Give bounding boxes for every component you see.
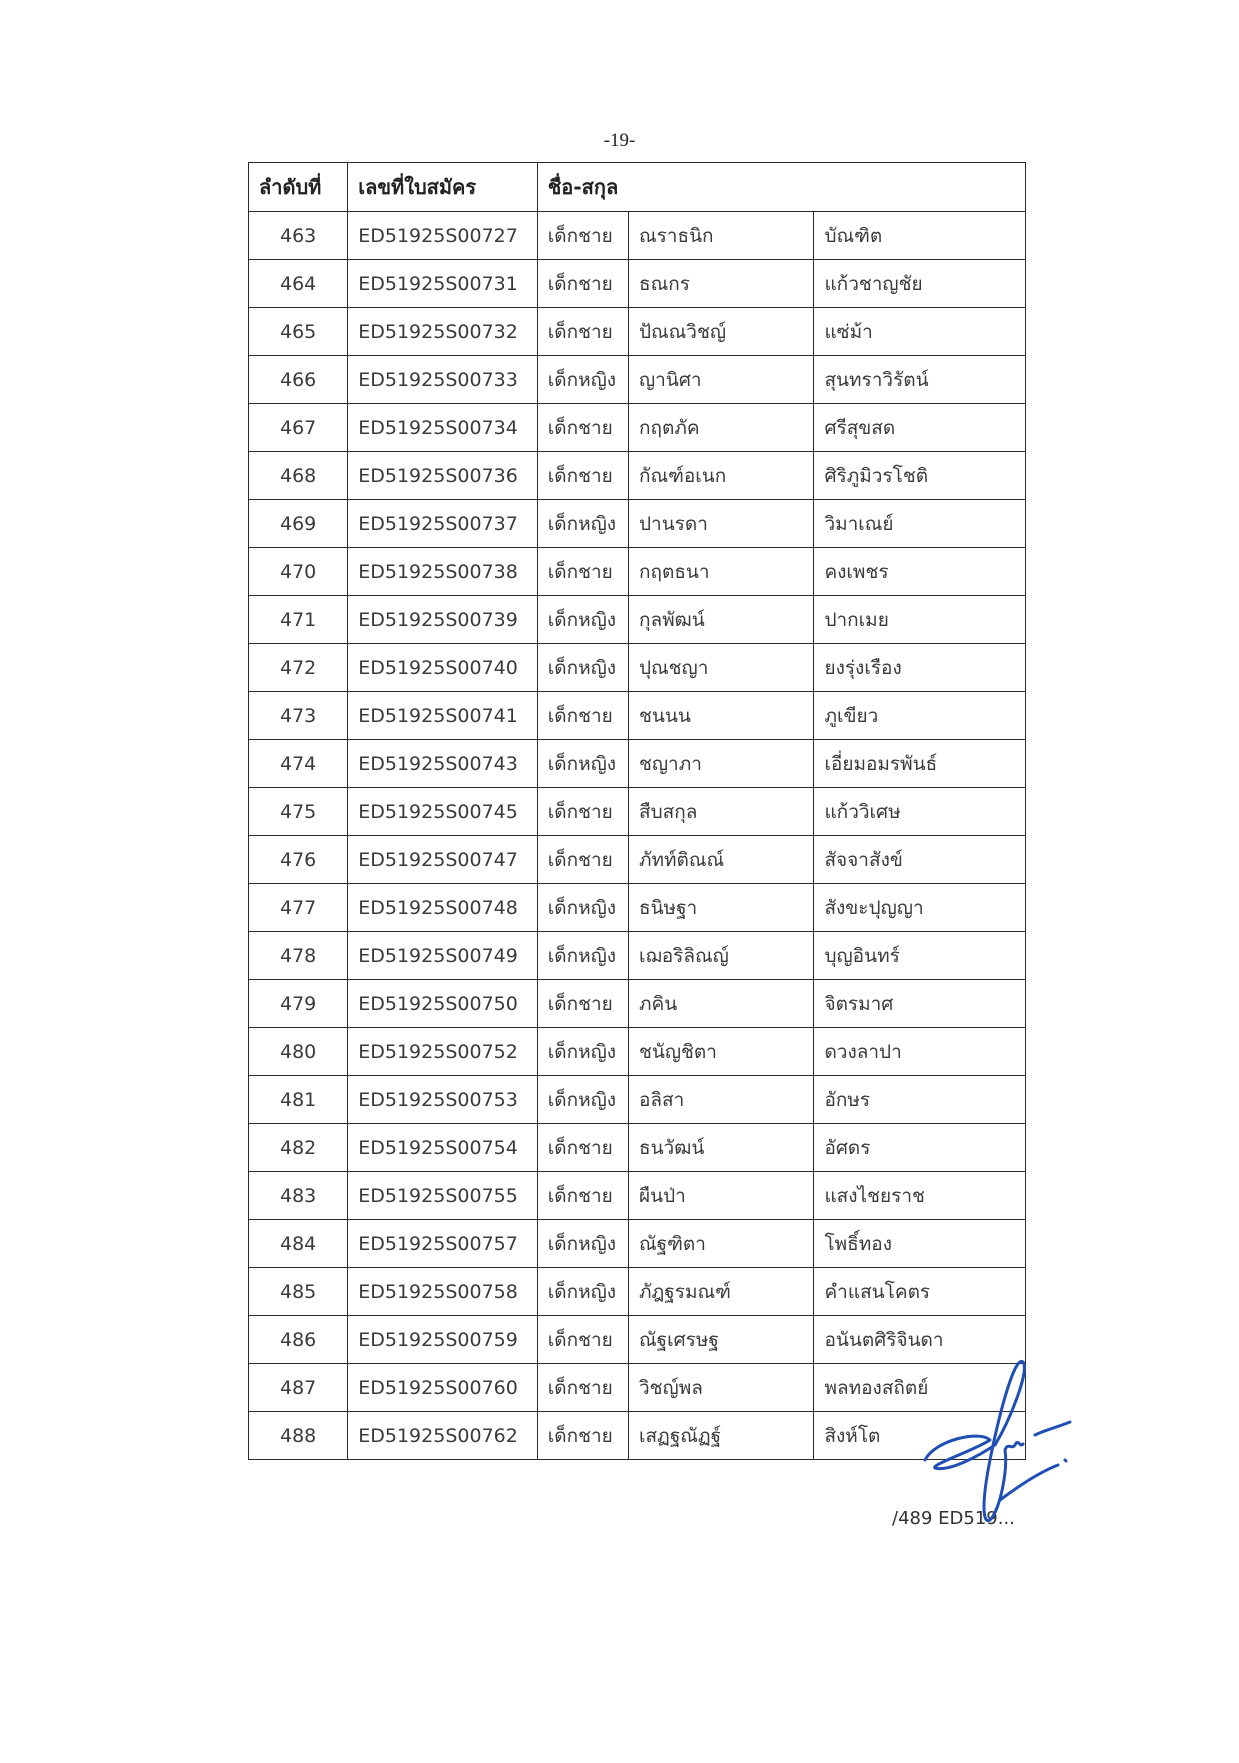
table-row: 486ED51925S00759เด็กชายณัฐเศรษฐอนันตศิริ… [249,1316,1026,1364]
first-name-cell: ปุณชญา [628,644,813,692]
order-cell: 466 [249,356,348,404]
first-name-cell: ภัทท์ติณณ์ [628,836,813,884]
header-order: ลำดับที่ [249,163,348,212]
last-name-cell: ศิริภูมิวรโชติ [814,452,1026,500]
order-cell: 477 [249,884,348,932]
order-cell: 485 [249,1268,348,1316]
table-row: 482ED51925S00754เด็กชายธนวัฒน์อัศดร [249,1124,1026,1172]
last-name-cell: แก้วชาญชัย [814,260,1026,308]
last-name-cell: แสงไชยราช [814,1172,1026,1220]
prefix-cell: เด็กชาย [537,1364,628,1412]
last-name-cell: ปากเมย [814,596,1026,644]
prefix-cell: เด็กหญิง [537,1076,628,1124]
prefix-cell: เด็กชาย [537,1172,628,1220]
prefix-cell: เด็กหญิง [537,1268,628,1316]
prefix-cell: เด็กชาย [537,836,628,884]
order-cell: 464 [249,260,348,308]
last-name-cell: แก้ววิเศษ [814,788,1026,836]
table-row: 478ED51925S00749เด็กหญิงเฌอริลิณญ์บุญอิน… [249,932,1026,980]
application-no-cell: ED51925S00734 [348,404,537,452]
table-row: 466ED51925S00733เด็กหญิงญานิศาสุนทราวิรั… [249,356,1026,404]
order-cell: 482 [249,1124,348,1172]
first-name-cell: ปานรดา [628,500,813,548]
first-name-cell: กฤตธนา [628,548,813,596]
first-name-cell: ชนัญชิตา [628,1028,813,1076]
application-no-cell: ED51925S00747 [348,836,537,884]
last-name-cell: แซ่ม้า [814,308,1026,356]
application-no-cell: ED51925S00743 [348,740,537,788]
table-row: 471ED51925S00739เด็กหญิงกุลพัฒน์ปากเมย [249,596,1026,644]
application-no-cell: ED51925S00752 [348,1028,537,1076]
prefix-cell: เด็กชาย [537,692,628,740]
last-name-cell: อักษร [814,1076,1026,1124]
last-name-cell: บัณฑิต [814,212,1026,260]
last-name-cell: สังขะปุญญา [814,884,1026,932]
last-name-cell: สัจจาสังข์ [814,836,1026,884]
last-name-cell: บุญอินทร์ [814,932,1026,980]
last-name-cell: เอี่ยมอมรพันธ์ [814,740,1026,788]
first-name-cell: สืบสกุล [628,788,813,836]
page-number: -19- [0,130,1239,152]
table-row: 469ED51925S00737เด็กหญิงปานรดาวิมาเณย์ [249,500,1026,548]
order-cell: 469 [249,500,348,548]
table-row: 473ED51925S00741เด็กชายชนนนภูเขียว [249,692,1026,740]
prefix-cell: เด็กชาย [537,260,628,308]
table-row: 464ED51925S00731เด็กชายธณกรแก้วชาญชัย [249,260,1026,308]
table-row: 467ED51925S00734เด็กชายกฤตภัคศรีสุขสด [249,404,1026,452]
last-name-cell: ดวงลาปา [814,1028,1026,1076]
table-row: 472ED51925S00740เด็กหญิงปุณชญายงรุ่งเรือ… [249,644,1026,692]
prefix-cell: เด็กชาย [537,1412,628,1460]
application-no-cell: ED51925S00759 [348,1316,537,1364]
last-name-cell: ยงรุ่งเรือง [814,644,1026,692]
order-cell: 473 [249,692,348,740]
application-no-cell: ED51925S00750 [348,980,537,1028]
prefix-cell: เด็กหญิง [537,356,628,404]
table-row: 484ED51925S00757เด็กหญิงณัฐฑิตาโพธิ์ทอง [249,1220,1026,1268]
table-row: 477ED51925S00748เด็กหญิงธนิษฐาสังขะปุญญา [249,884,1026,932]
header-application-no: เลขที่ใบสมัคร [348,163,537,212]
first-name-cell: ธนวัฒน์ [628,1124,813,1172]
last-name-cell: คงเพชร [814,548,1026,596]
first-name-cell: กุลพัฒน์ [628,596,813,644]
order-cell: 488 [249,1412,348,1460]
first-name-cell: วิชญ์พล [628,1364,813,1412]
last-name-cell: ภูเขียว [814,692,1026,740]
first-name-cell: ภคิน [628,980,813,1028]
first-name-cell: ธณกร [628,260,813,308]
order-cell: 463 [249,212,348,260]
order-cell: 483 [249,1172,348,1220]
first-name-cell: ญานิศา [628,356,813,404]
prefix-cell: เด็กหญิง [537,644,628,692]
last-name-cell: คำแสนโคตร [814,1268,1026,1316]
application-no-cell: ED51925S00760 [348,1364,537,1412]
application-no-cell: ED51925S00757 [348,1220,537,1268]
last-name-cell: จิตรมาศ [814,980,1026,1028]
prefix-cell: เด็กหญิง [537,1028,628,1076]
prefix-cell: เด็กหญิง [537,740,628,788]
prefix-cell: เด็กหญิง [537,884,628,932]
order-cell: 480 [249,1028,348,1076]
prefix-cell: เด็กหญิง [537,932,628,980]
prefix-cell: เด็กชาย [537,308,628,356]
application-no-cell: ED51925S00731 [348,260,537,308]
order-cell: 471 [249,596,348,644]
prefix-cell: เด็กชาย [537,548,628,596]
prefix-cell: เด็กชาย [537,212,628,260]
application-no-cell: ED51925S00740 [348,644,537,692]
last-name-cell: สุนทราวิรัตน์ [814,356,1026,404]
table-row: 483ED51925S00755เด็กชายผืนป่าแสงไชยราช [249,1172,1026,1220]
table-body: 463ED51925S00727เด็กชายณราธนิกบัณฑิต464E… [249,212,1026,1460]
table-row: 488ED51925S00762เด็กชายเสฏฐณัฏฐ์สิงห์โต [249,1412,1026,1460]
first-name-cell: ธนิษฐา [628,884,813,932]
application-no-cell: ED51925S00727 [348,212,537,260]
first-name-cell: ณัฐเศรษฐ [628,1316,813,1364]
first-name-cell: กัณฑ์อเนก [628,452,813,500]
first-name-cell: เฌอริลิณญ์ [628,932,813,980]
last-name-cell: อัศดร [814,1124,1026,1172]
table-row: 470ED51925S00738เด็กชายกฤตธนาคงเพชร [249,548,1026,596]
application-no-cell: ED51925S00748 [348,884,537,932]
application-no-cell: ED51925S00737 [348,500,537,548]
order-cell: 484 [249,1220,348,1268]
first-name-cell: เสฏฐณัฏฐ์ [628,1412,813,1460]
header-full-name: ชื่อ-สกุล [537,163,1025,212]
application-no-cell: ED51925S00733 [348,356,537,404]
application-no-cell: ED51925S00758 [348,1268,537,1316]
last-name-cell: โพธิ์ทอง [814,1220,1026,1268]
table-row: 476ED51925S00747เด็กชายภัทท์ติณณ์สัจจาสั… [249,836,1026,884]
first-name-cell: ชญาภา [628,740,813,788]
table-row: 475ED51925S00745เด็กชายสืบสกุลแก้ววิเศษ [249,788,1026,836]
prefix-cell: เด็กชาย [537,404,628,452]
first-name-cell: ผืนป่า [628,1172,813,1220]
application-no-cell: ED51925S00749 [348,932,537,980]
first-name-cell: ปัณณวิชญ์ [628,308,813,356]
order-cell: 478 [249,932,348,980]
table-row: 463ED51925S00727เด็กชายณราธนิกบัณฑิต [249,212,1026,260]
prefix-cell: เด็กชาย [537,980,628,1028]
prefix-cell: เด็กชาย [537,788,628,836]
table-row: 465ED51925S00732เด็กชายปัณณวิชญ์แซ่ม้า [249,308,1026,356]
order-cell: 476 [249,836,348,884]
table-row: 487ED51925S00760เด็กชายวิชญ์พลพลทองสถิตย… [249,1364,1026,1412]
order-cell: 486 [249,1316,348,1364]
table-row: 481ED51925S00753เด็กหญิงอลิสาอักษร [249,1076,1026,1124]
first-name-cell: อลิสา [628,1076,813,1124]
order-cell: 487 [249,1364,348,1412]
order-cell: 475 [249,788,348,836]
table-header-row: ลำดับที่ เลขที่ใบสมัคร ชื่อ-สกุล [249,163,1026,212]
first-name-cell: ชนนน [628,692,813,740]
table-row: 480ED51925S00752เด็กหญิงชนัญชิตาดวงลาปา [249,1028,1026,1076]
order-cell: 474 [249,740,348,788]
prefix-cell: เด็กชาย [537,1124,628,1172]
prefix-cell: เด็กหญิง [537,1220,628,1268]
table-row: 474ED51925S00743เด็กหญิงชญาภาเอี่ยมอมรพั… [249,740,1026,788]
order-cell: 467 [249,404,348,452]
signature-mark [920,1350,1100,1530]
application-no-cell: ED51925S00739 [348,596,537,644]
application-no-cell: ED51925S00732 [348,308,537,356]
first-name-cell: ณัฐฑิตา [628,1220,813,1268]
order-cell: 481 [249,1076,348,1124]
first-name-cell: ณราธนิก [628,212,813,260]
table-row: 468ED51925S00736เด็กชายกัณฑ์อเนกศิริภูมิ… [249,452,1026,500]
table-row: 485ED51925S00758เด็กหญิงภัฎฐรมณฑ์คำแสนโค… [249,1268,1026,1316]
order-cell: 479 [249,980,348,1028]
order-cell: 465 [249,308,348,356]
application-no-cell: ED51925S00745 [348,788,537,836]
order-cell: 470 [249,548,348,596]
application-no-cell: ED51925S00762 [348,1412,537,1460]
prefix-cell: เด็กหญิง [537,596,628,644]
last-name-cell: ศรีสุขสด [814,404,1026,452]
application-no-cell: ED51925S00753 [348,1076,537,1124]
application-no-cell: ED51925S00736 [348,452,537,500]
first-name-cell: กฤตภัค [628,404,813,452]
prefix-cell: เด็กหญิง [537,500,628,548]
applicant-table: ลำดับที่ เลขที่ใบสมัคร ชื่อ-สกุล 463ED51… [248,162,1026,1460]
application-no-cell: ED51925S00754 [348,1124,537,1172]
first-name-cell: ภัฎฐรมณฑ์ [628,1268,813,1316]
application-no-cell: ED51925S00738 [348,548,537,596]
table-row: 479ED51925S00750เด็กชายภคินจิตรมาศ [249,980,1026,1028]
order-cell: 468 [249,452,348,500]
application-no-cell: ED51925S00755 [348,1172,537,1220]
last-name-cell: วิมาเณย์ [814,500,1026,548]
prefix-cell: เด็กชาย [537,1316,628,1364]
prefix-cell: เด็กชาย [537,452,628,500]
order-cell: 472 [249,644,348,692]
application-no-cell: ED51925S00741 [348,692,537,740]
